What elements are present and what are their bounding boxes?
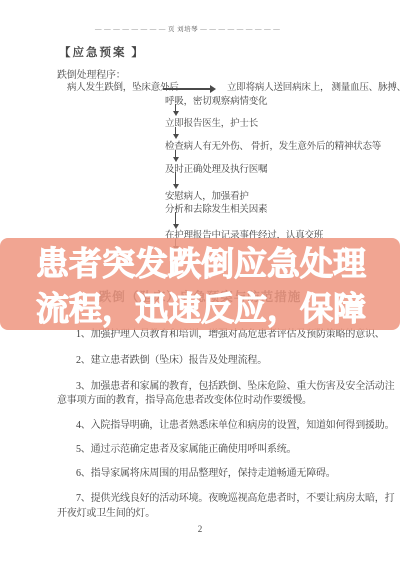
flow-step-text: 分析和去除发生相关因素 <box>165 201 267 215</box>
flow-step-text: 立即报告医生，护士长 <box>165 115 258 129</box>
down-arrow-icon <box>175 104 176 112</box>
down-arrow-icon <box>175 127 176 135</box>
list-line: 意事项方面的教育，指导高危患者改变体位时动作要缓慢。 <box>57 391 312 406</box>
banner-title-text: 患者突发跌倒应急处理流程，迅速反应，保障 <box>36 241 374 331</box>
flow-step-text: 立即将病人送回病床上， 测量血压、脉搏、 <box>227 79 400 93</box>
down-arrow-icon <box>175 212 176 225</box>
list-line: 7、提供光线良好的活动环境。夜晚巡视高危患者时，不要让病房太暗，打 <box>76 489 394 504</box>
flow-step-text: 及时正确处理及执行医嘱 <box>165 161 267 175</box>
down-arrow-icon <box>175 150 176 158</box>
list-line: 3、加强患者和家属的教育，包括跌倒、坠床危险、重大伤害及安全活动注 <box>76 377 394 392</box>
flow-step-text: 检查病人有无外伤、 骨折，发生意外后的精神状态等 <box>165 138 381 152</box>
flow-start-text: 病人发生跌倒，坠床意外后 <box>67 79 179 93</box>
flow-step-text: 呼吸，密切观察病情变化 <box>165 93 267 107</box>
flow-step-text: 安慰病人，加强看护 <box>165 188 249 202</box>
down-arrow-icon <box>175 172 176 185</box>
list-line: 2、建立患者跌倒（坠床）报告及处理流程。 <box>76 351 267 366</box>
page-header-rule: — — — — — — — — 页 刘培琴 — — — — — — — — — <box>95 24 280 33</box>
document-page: — — — — — — — — 页 刘培琴 — — — — — — — — — … <box>0 0 400 566</box>
list-line: 6、指导家属将床周围的用品整理好，保持走道畅通无障碍。 <box>76 464 336 479</box>
list-line: 开夜灯或卫生间的灯。 <box>57 504 155 519</box>
right-arrow-icon <box>163 88 211 90</box>
emergency-plan-heading: 【应急预案 】 <box>59 44 145 60</box>
list-line: 5、通过示范确定患者及家属能正确使用呼叫系统。 <box>76 440 296 455</box>
title-banner-overlay: 患者突发跌倒应急处理流程，迅速反应，保障 <box>0 238 400 330</box>
list-line: 4、入院指导明确，让患者熟悉床单位和病房的设置，知道如何得到援助。 <box>76 416 394 431</box>
page-number: 2 <box>0 524 400 534</box>
